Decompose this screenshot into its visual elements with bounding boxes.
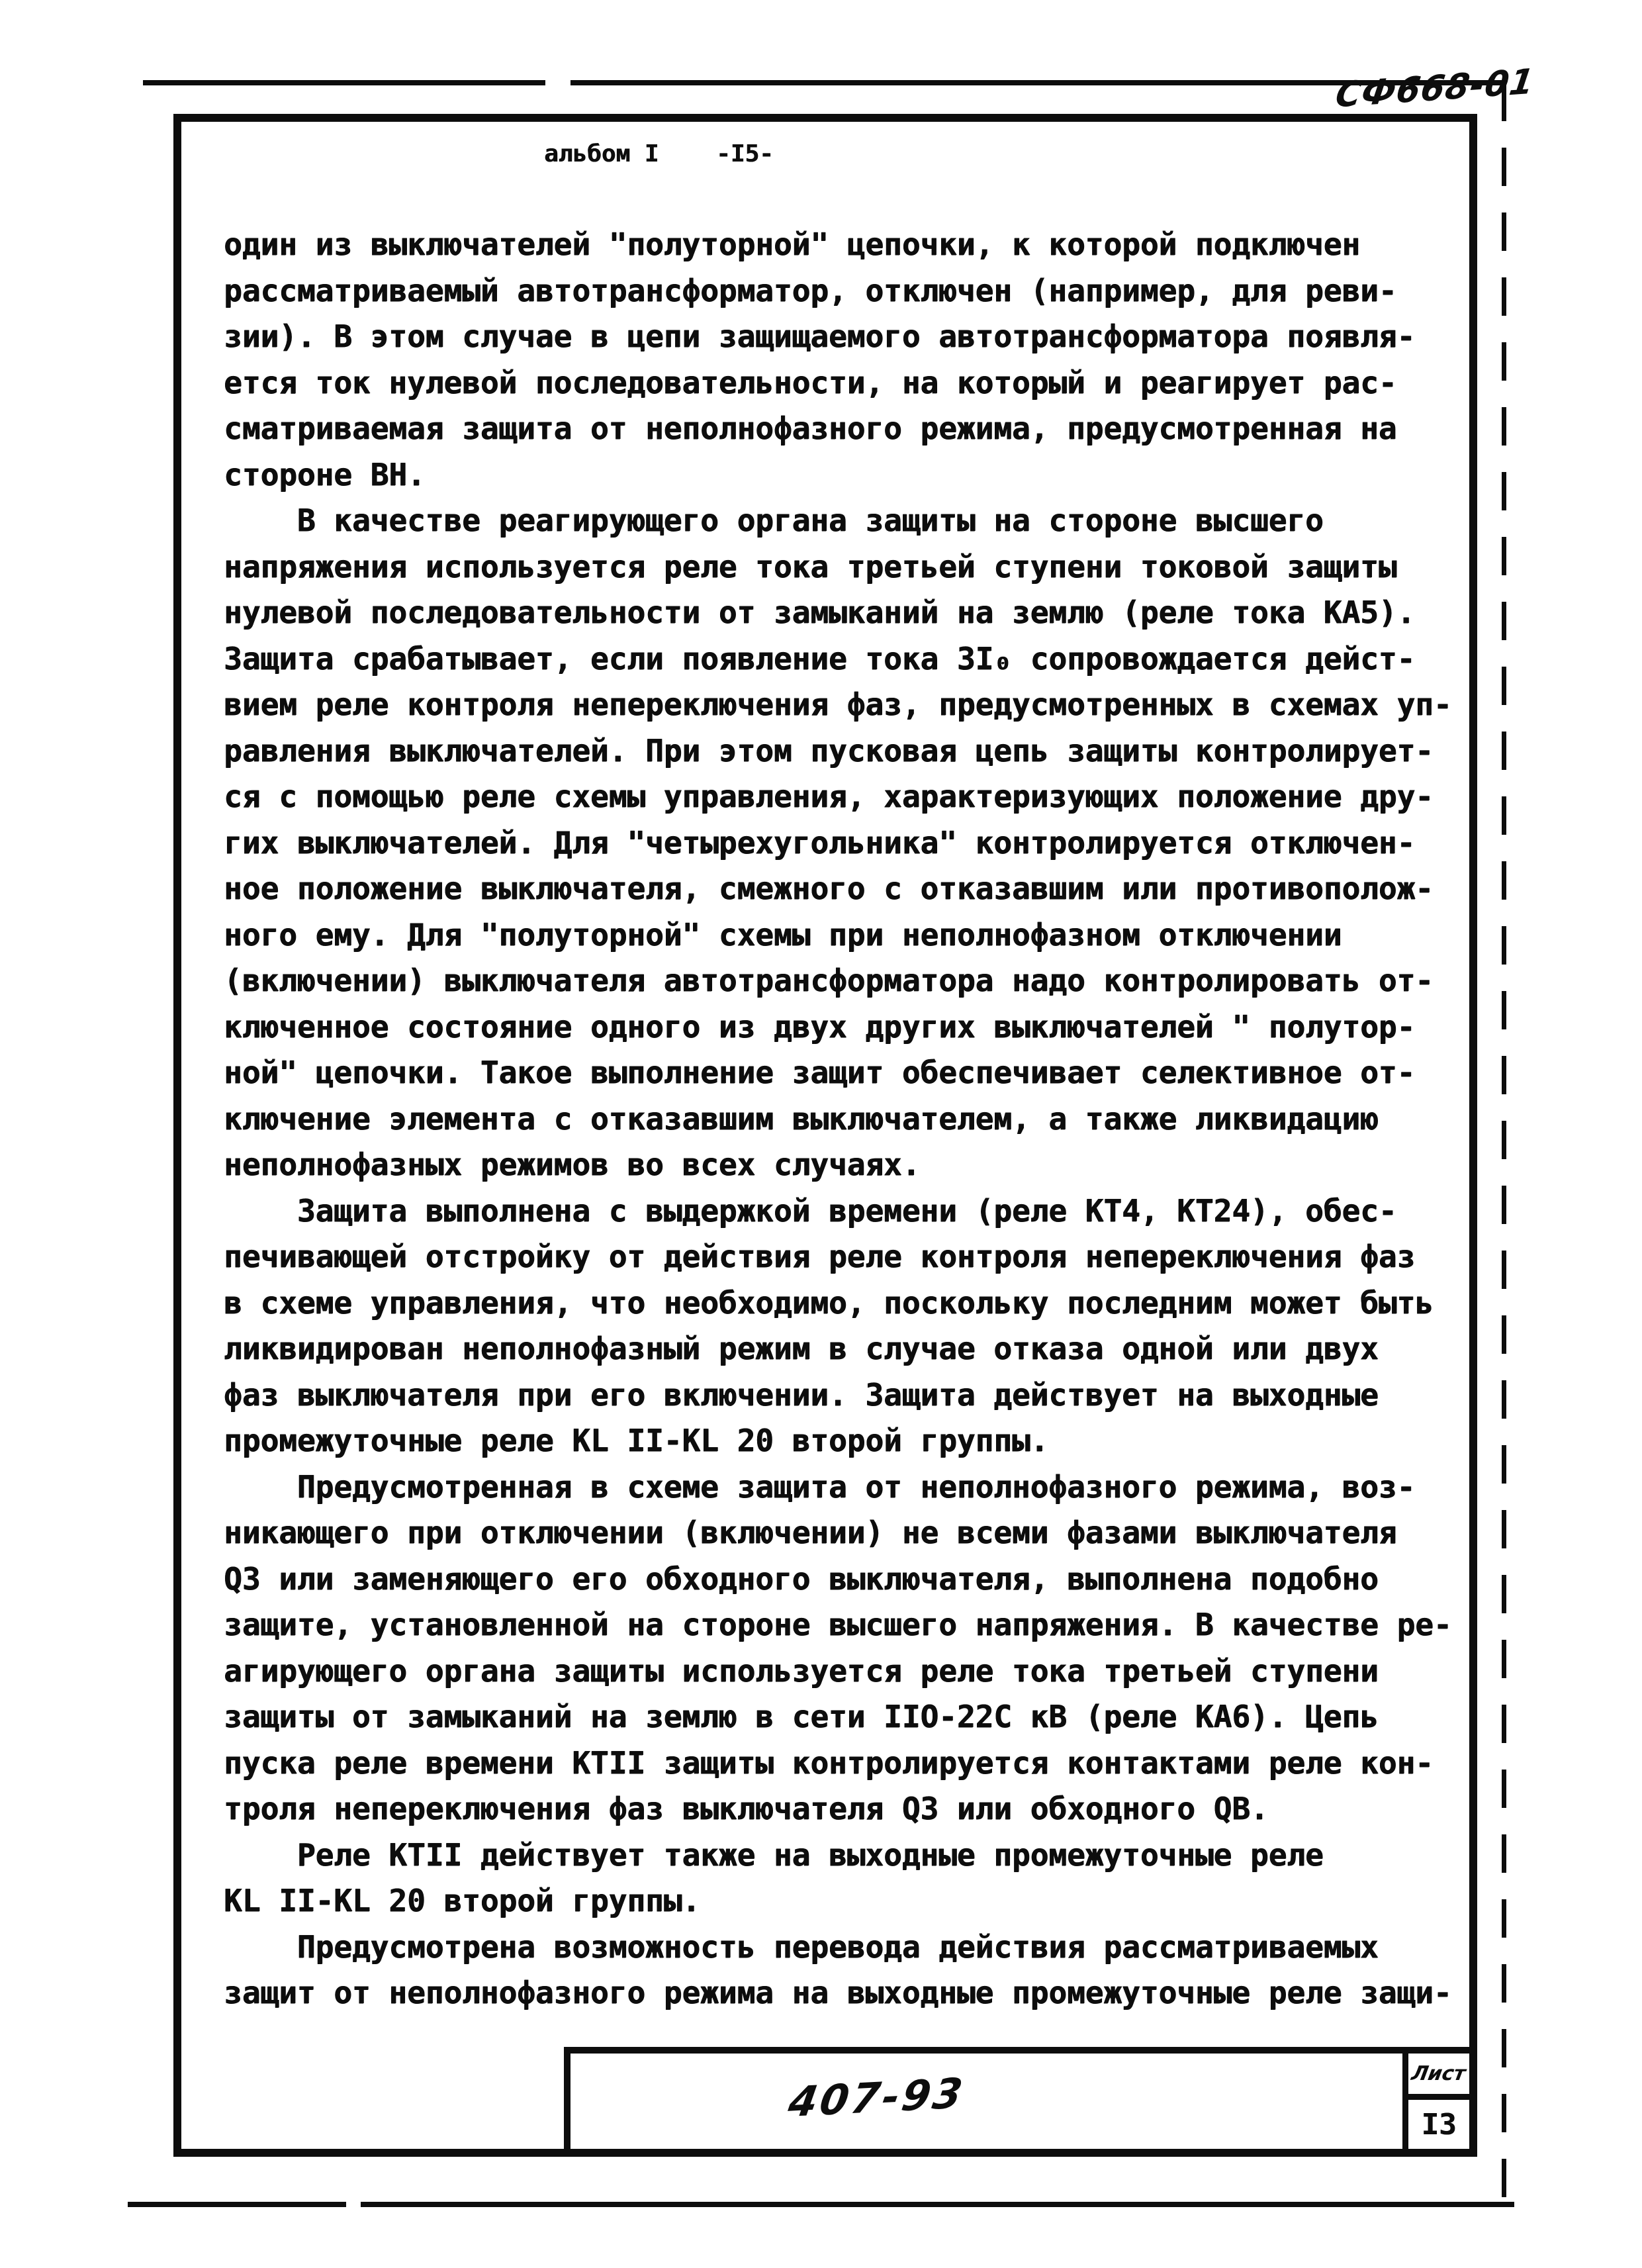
- sheet-label: Лист: [1410, 2062, 1467, 2085]
- sheet-label-cell: Лист: [1408, 2054, 1469, 2100]
- bottom-rule: [128, 2202, 1514, 2207]
- sheet-column: Лист I3: [1402, 2054, 1469, 2149]
- sheet-number: I3: [1408, 2100, 1469, 2149]
- body-text: один из выключателей "полуторной" цепочк…: [224, 222, 1488, 2016]
- document-number: 407-93: [785, 2069, 968, 2127]
- footer-title-block: 407-93 Лист I3: [564, 2047, 1469, 2149]
- page-header: альбом I -I5-: [544, 140, 774, 167]
- scanned-document-page: СФ668-01 альбом I -I5- один из выключате…: [0, 0, 1642, 2268]
- right-edge-dashed-rule: [1502, 83, 1506, 2204]
- top-rule: [143, 80, 1504, 85]
